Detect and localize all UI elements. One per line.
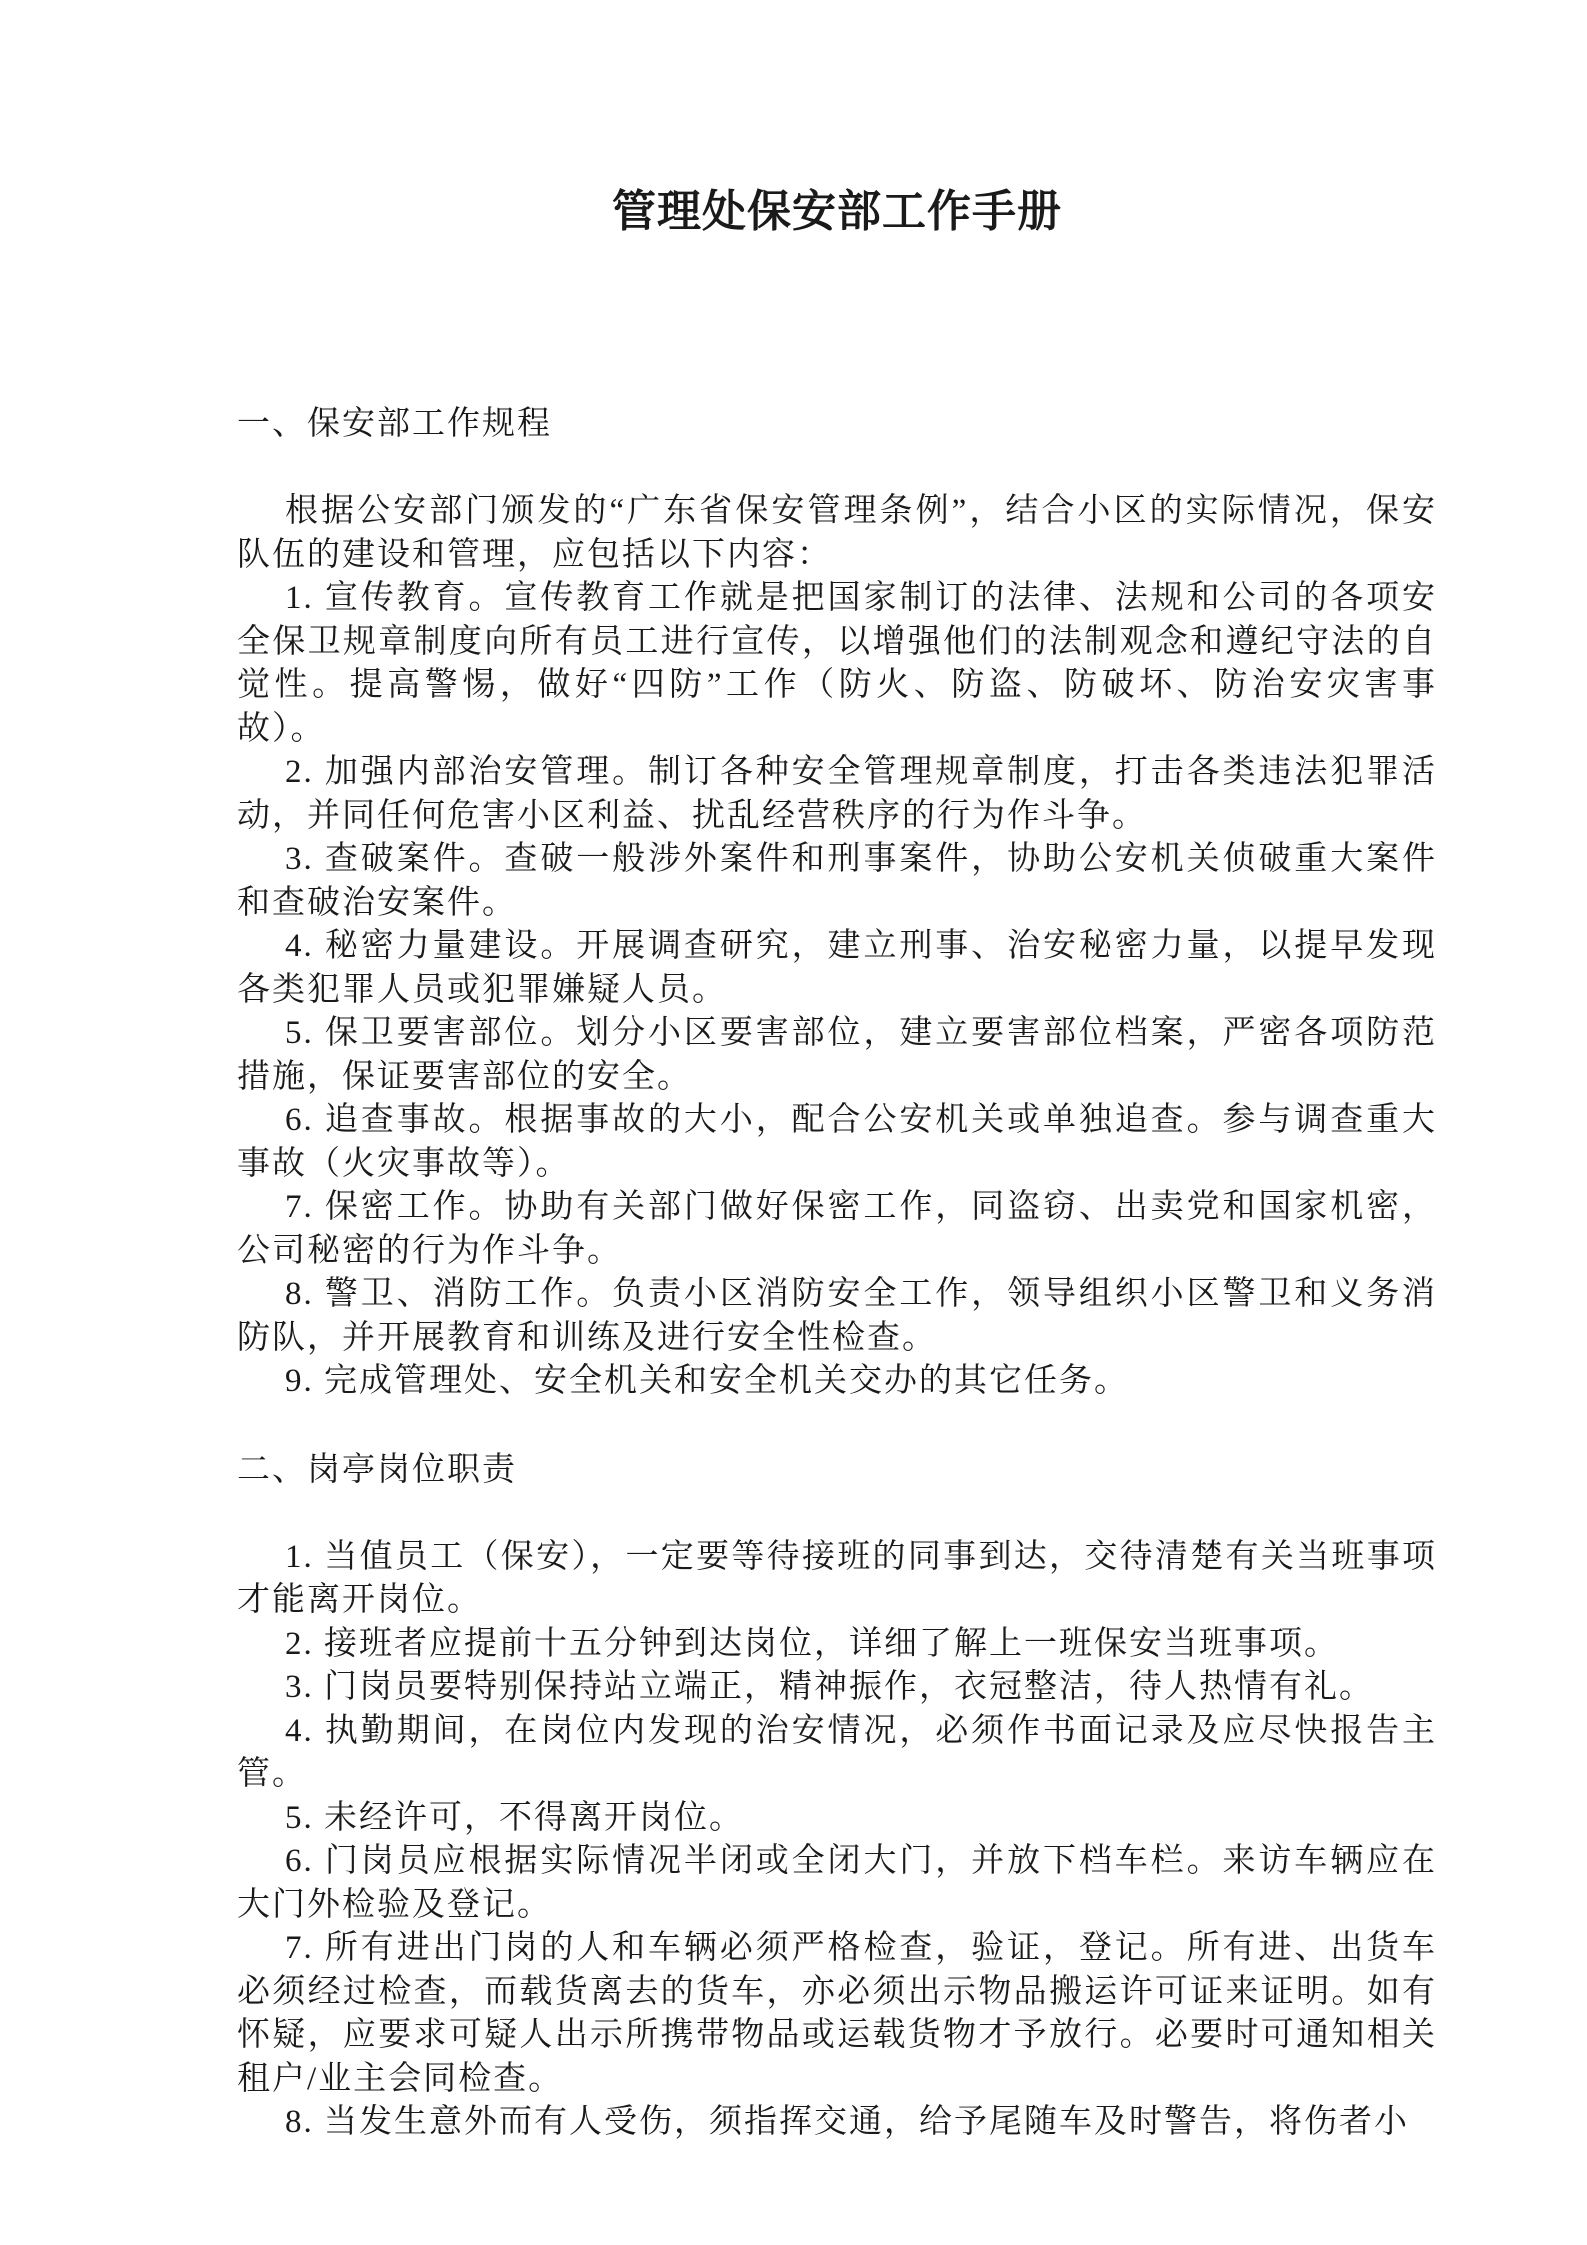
paragraph: 7. 所有进出门岗的人和车辆必须严格检查，验证，登记。所有进、出货车必须经过检查…	[237, 1927, 1437, 2101]
paragraph: 4. 秘密力量建设。开展调查研究，建立刑事、治安秘密力量，以提早发现各类犯罪人员…	[237, 925, 1437, 1012]
paragraph: 1. 宣传教育。宣传教育工作就是把国家制订的法律、法规和公司的各项安全保卫规章制…	[237, 577, 1437, 751]
paragraph: 2. 加强内部治安管理。制订各种安全管理规章制度，打击各类违法犯罪活动，并同任何…	[237, 751, 1437, 838]
paragraph: 5. 保卫要害部位。划分小区要害部位，建立要害部位档案，严密各项防范措施，保证要…	[237, 1012, 1437, 1099]
paragraph: 3. 门岗员要特别保持站立端正，精神振作，衣冠整洁，待人热情有礼。	[237, 1666, 1437, 1710]
paragraph: 6. 门岗员应根据实际情况半闭或全闭大门，并放下档车栏。来访车辆应在大门外检验及…	[237, 1840, 1437, 1927]
document-title: 管理处保安部工作手册	[237, 182, 1437, 242]
paragraph: 根据公安部门颁发的“广东省保安管理条例”，结合小区的实际情况，保安队伍的建设和管…	[237, 490, 1437, 577]
section-2-heading: 二、岗亭岗位职责	[237, 1448, 1437, 1492]
paragraph: 3. 查破案件。查破一般涉外案件和刑事案件，协助公安机关侦破重大案件和查破治安案…	[237, 838, 1437, 925]
document-page: 管理处保安部工作手册 一、保安部工作规程 根据公安部门颁发的“广东省保安管理条例…	[0, 0, 1587, 2245]
paragraph: 5. 未经许可，不得离开岗位。	[237, 1797, 1437, 1841]
paragraph: 9. 完成管理处、安全机关和安全机关交办的其它任务。	[237, 1360, 1437, 1404]
section-1-heading: 一、保安部工作规程	[237, 402, 1437, 446]
paragraph: 6. 追查事故。根据事故的大小，配合公安机关或单独追查。参与调查重大事故（火灾事…	[237, 1099, 1437, 1186]
paragraph: 7. 保密工作。协助有关部门做好保密工作，同盗窃、出卖党和国家机密，公司秘密的行…	[237, 1186, 1437, 1273]
paragraph: 1. 当值员工（保安），一定要等待接班的同事到达，交待清楚有关当班事项才能离开岗…	[237, 1536, 1437, 1623]
paragraph: 2. 接班者应提前十五分钟到达岗位，详细了解上一班保安当班事项。	[237, 1623, 1437, 1667]
paragraph: 8. 警卫、消防工作。负责小区消防安全工作，领导组织小区警卫和义务消防队，并开展…	[237, 1273, 1437, 1360]
paragraph: 8. 当发生意外而有人受伤，须指挥交通，给予尾随车及时警告，将伤者小	[237, 2101, 1437, 2145]
paragraph: 4. 执勤期间，在岗位内发现的治安情况，必须作书面记录及应尽快报告主管。	[237, 1710, 1437, 1797]
